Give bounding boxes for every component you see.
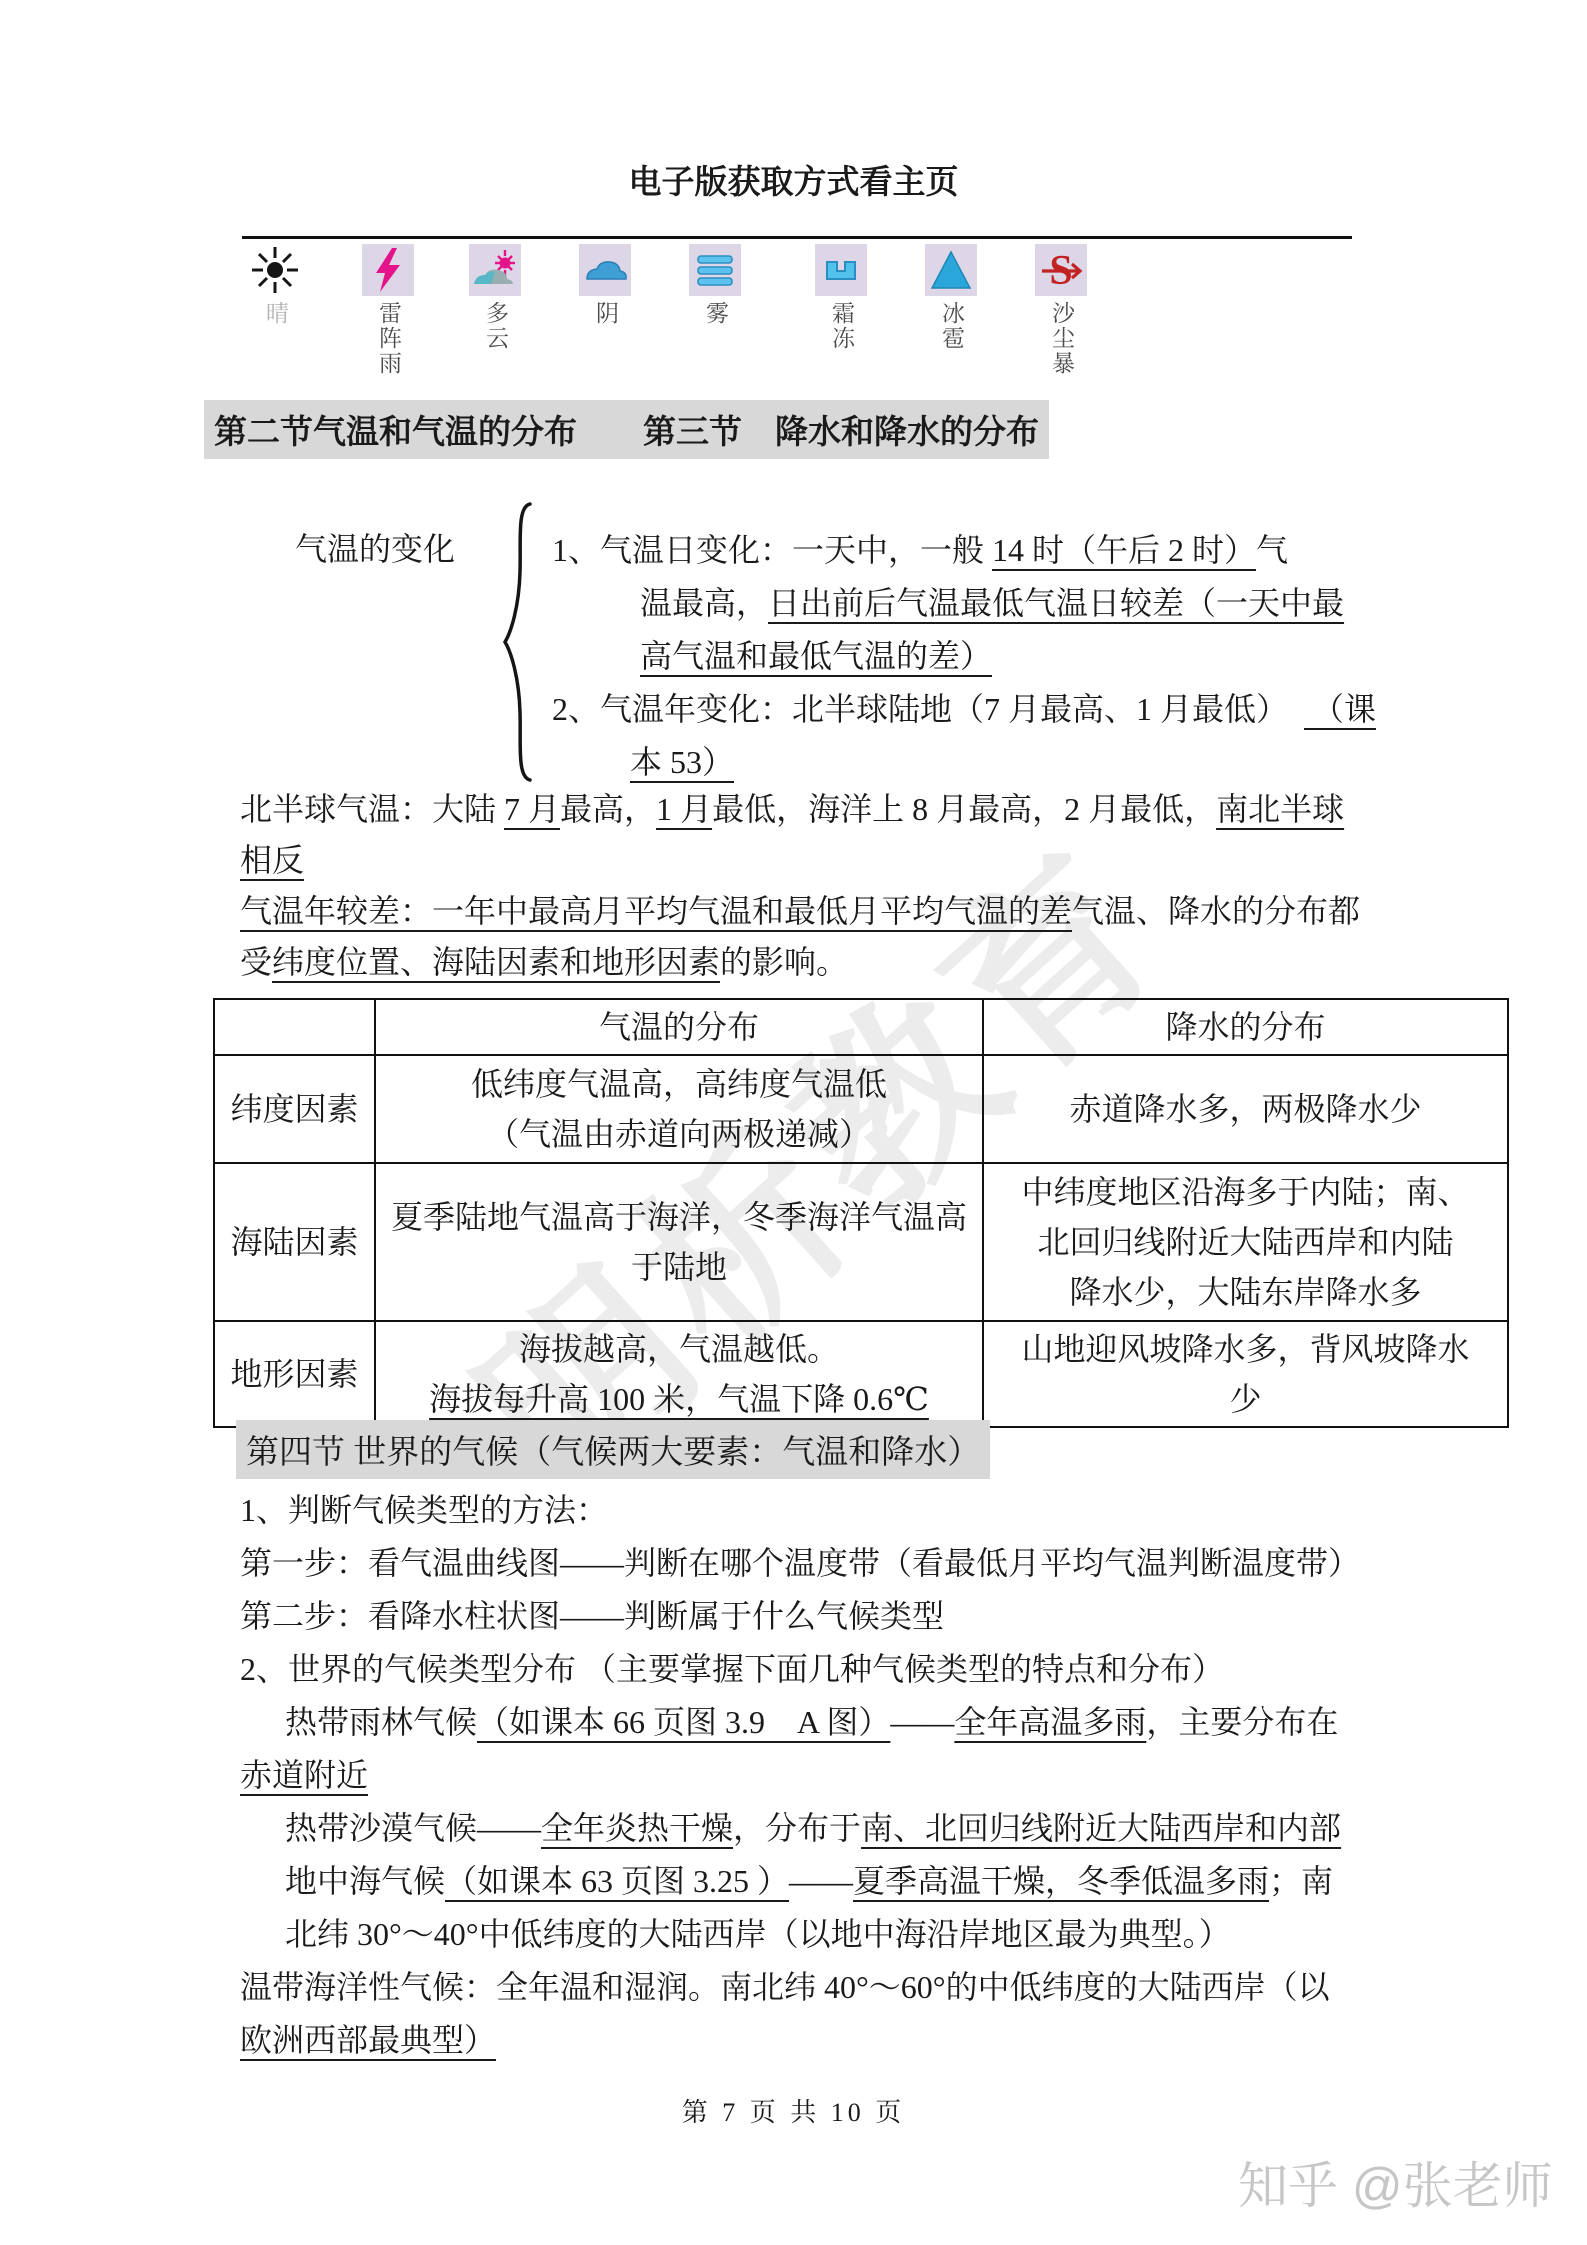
weather-item-label: 冰雹 (938, 301, 964, 351)
precipitation-cell: 山地迎风坡降水多，背风坡降水少 (983, 1321, 1508, 1427)
table-row: 地形因素 海拔越高，气温越低。海拔每升高 100 米，气温下降 0.6℃ 山地迎… (214, 1321, 1508, 1427)
header-cell-factor (214, 999, 375, 1055)
lightning-icon (362, 244, 414, 296)
body-line-10: 温带海洋性气候：全年温和湿润。南北纬 40°～60°的中低纬度的大陆西岸（以 (240, 1965, 1330, 2009)
section-4-heading: 第四节 世界的气候（气候两大要素：气温和降水） (236, 1420, 990, 1479)
sun-icon (249, 244, 301, 296)
precipitation-cell: 赤道降水多，两极降水少 (983, 1055, 1508, 1163)
brace-line-5: 本 53） (630, 740, 734, 784)
climate-factors-table: 气温的分布 降水的分布 纬度因素 低纬度气温高，高纬度气温低（气温由赤道向两极递… (213, 998, 1509, 1428)
cloud-icon (579, 244, 631, 296)
document-page: 明析教育 电子版获取方式看主页 晴 (0, 0, 1587, 2245)
body-line-6: 赤道附近 (240, 1753, 368, 1797)
paragraph-line-4: 受纬度位置、海陆因素和地形因素的影响。 (240, 940, 848, 984)
brace-line-2: 温最高，日出前后气温最低气温日较差（一天中最 (640, 581, 1344, 625)
body-line-3: 第二步：看降水柱状图——判断属于什么气候类型 (240, 1594, 944, 1638)
weather-item-thunder-shower: 雷阵雨 (340, 244, 436, 376)
weather-item-label: 霜冻 (828, 301, 854, 351)
paragraph-line-2: 相反 (240, 838, 304, 882)
page-number: 第 7 页 共 10 页 (0, 2092, 1587, 2129)
weather-item-fog: 雾 (667, 244, 763, 326)
weather-item-label: 晴 (262, 301, 288, 326)
weather-item-label: 雷阵雨 (375, 301, 401, 376)
weather-item-label: 阴 (592, 301, 618, 326)
brace-line-3: 高气温和最低气温的差） (640, 634, 992, 678)
body-line-5: 热带雨林气候（如课本 66 页图 3.9 A 图）——全年高温多雨，主要分布在 (285, 1700, 1338, 1744)
factor-cell: 海陆因素 (214, 1163, 375, 1321)
curly-brace (500, 500, 534, 789)
weather-item-sandstorm: S 沙尘暴 (1013, 244, 1109, 376)
temperature-cell: 海拔越高，气温越低。海拔每升高 100 米，气温下降 0.6℃ (375, 1321, 983, 1427)
weather-item-label: 多云 (482, 301, 508, 351)
body-line-9: 北纬 30°～40°中低纬度的大陆西岸（以地中海沿岸地区最为典型。） (285, 1912, 1231, 1956)
temperature-cell: 夏季陆地气温高于海洋，冬季海洋气温高于陆地 (375, 1163, 983, 1321)
frost-icon (815, 244, 867, 296)
table-row: 海陆因素 夏季陆地气温高于海洋，冬季海洋气温高于陆地 中纬度地区沿海多于内陆；南… (214, 1163, 1508, 1321)
weather-item-label: 沙尘暴 (1048, 301, 1074, 376)
weather-item-partly-cloudy: 多云 (447, 244, 543, 351)
header-divider (242, 236, 1352, 239)
body-line-11: 欧洲西部最典型） (240, 2018, 496, 2062)
body-line-1: 1、判断气候类型的方法： (240, 1488, 608, 1532)
page-header-title: 电子版获取方式看主页 (0, 156, 1587, 203)
body-line-2: 第一步：看气温曲线图——判断在哪个温度带（看最低月平均气温判断温度带） (240, 1541, 1360, 1585)
sun-cloud-icon (469, 244, 521, 296)
temperature-cell: 低纬度气温高，高纬度气温低（气温由赤道向两极递减） (375, 1055, 983, 1163)
hail-triangle-icon (925, 244, 977, 296)
factor-cell: 纬度因素 (214, 1055, 375, 1163)
paragraph-line-3: 气温年较差：一年中最高月平均气温和最低月平均气温的差气温、降水的分布都 (240, 889, 1360, 933)
credit-watermark: 知乎 @张老师 (1238, 2146, 1553, 2218)
section-2-3-heading: 第二节气温和气温的分布 第三节 降水和降水的分布 (204, 400, 1049, 459)
weather-item-sunny: 晴 (227, 244, 323, 326)
brace-diagram-label: 气温的变化 (295, 524, 455, 570)
brace-line-4: 2、气温年变化：北半球陆地（7 月最高、1 月最低） （课 (552, 687, 1376, 731)
weather-item-overcast: 阴 (557, 244, 653, 326)
weather-item-frost: 霜冻 (793, 244, 889, 351)
paragraph-line-1: 北半球气温：大陆 7 月最高，1 月最低，海洋上 8 月最高，2 月最低，南北半… (240, 787, 1344, 831)
body-line-7: 热带沙漠气候——全年炎热干燥，分布于南、北回归线附近大陆西岸和内部 (285, 1806, 1341, 1850)
precipitation-cell: 中纬度地区沿海多于内陆；南、北回归线附近大陆西岸和内陆降水少，大陆东岸降水多 (983, 1163, 1508, 1321)
body-line-8: 地中海气候（如课本 63 页图 3.25 ）——夏季高温干燥，冬季低温多雨；南 (285, 1859, 1333, 1903)
body-line-4: 2、世界的气候类型分布 （主要掌握下面几种气候类型的特点和分布） (240, 1647, 1224, 1691)
weather-item-label: 雾 (702, 301, 728, 326)
header-cell-precipitation: 降水的分布 (983, 999, 1508, 1055)
table-header-row: 气温的分布 降水的分布 (214, 999, 1508, 1055)
factor-cell: 地形因素 (214, 1321, 375, 1427)
table-row: 纬度因素 低纬度气温高，高纬度气温低（气温由赤道向两极递减） 赤道降水多，两极降… (214, 1055, 1508, 1163)
sandstorm-icon: S (1035, 244, 1087, 296)
weather-item-hail: 冰雹 (903, 244, 999, 351)
brace-line-1: 1、气温日变化：一天中，一般 14 时（午后 2 时）气 (552, 528, 1288, 572)
header-cell-temperature: 气温的分布 (375, 999, 983, 1055)
fog-bars-icon (689, 244, 741, 296)
